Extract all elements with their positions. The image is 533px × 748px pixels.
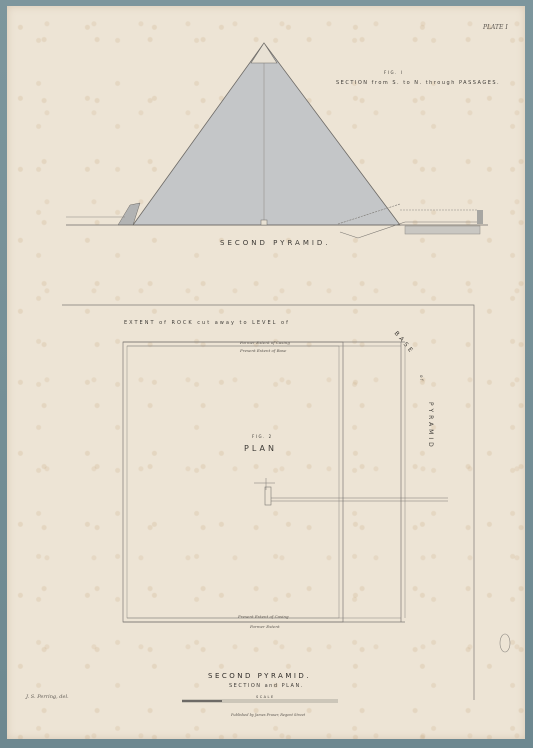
scale-label: SCALE	[256, 695, 275, 699]
pyramid-section	[66, 43, 488, 238]
plan-pyramid-text: PYRAMID	[427, 402, 434, 450]
draftsman-credit: J. S. Perring, del.	[26, 694, 69, 700]
plan-top-label-1: Former Extent of Casing	[240, 340, 290, 345]
plan-fig-title: PLAN	[244, 444, 277, 453]
section-fig-title: SECTION from S. to N. through PASSAGES.	[336, 80, 500, 86]
plan-fig-label: FIG. 2	[252, 434, 273, 439]
plan-extent-text: EXTENT of ROCK cut away to LEVEL of	[124, 320, 290, 326]
plate-number: PLATE I	[483, 24, 508, 31]
footer-subtitle: SECTION and PLAN.	[229, 683, 304, 689]
plan-bottom-label-2: Former Extent	[250, 624, 280, 629]
engraving-drawing	[0, 0, 533, 748]
plan-top-label-2: Present Extent of Base	[240, 348, 286, 353]
section-fig-label: FIG. I	[384, 70, 403, 75]
stamp-oval	[500, 634, 510, 652]
publisher-credit: Published by James Fraser, Regent Street	[231, 713, 305, 717]
section-caption: SECOND PYRAMID.	[220, 239, 331, 247]
footer-title: SECOND PYRAMID.	[208, 672, 311, 680]
plan-outlines	[62, 305, 474, 700]
plan-of-text: of	[419, 375, 424, 382]
plan-bottom-label-1: Present Extent of Casing	[238, 614, 289, 619]
scale-bar	[182, 700, 338, 702]
